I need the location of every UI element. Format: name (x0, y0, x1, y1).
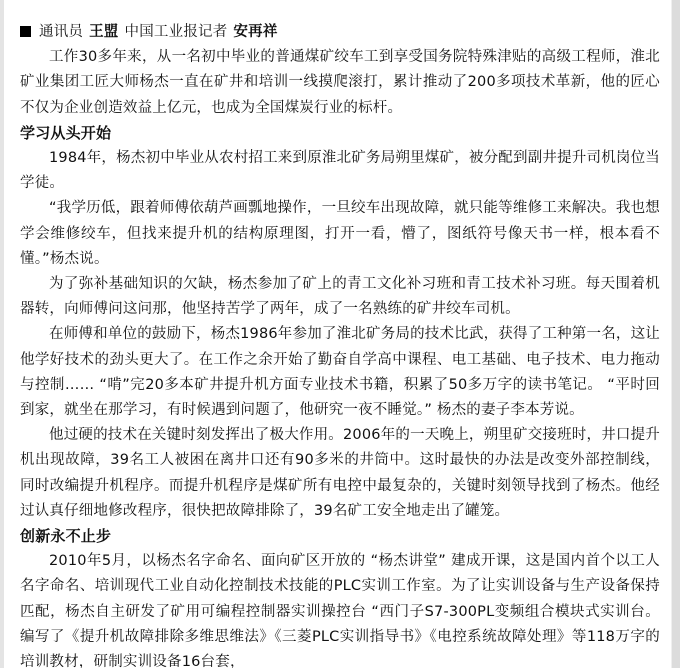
byline-name-reporter: 安再祥 (233, 24, 277, 40)
section-heading-learning: 学习从头开始 (20, 121, 660, 146)
page-left-border (0, 0, 4, 668)
paragraph: 他过硬的技术在关键时刻发挥出了极大作用。2006年的一天晚上，朔里矿交接班时，井… (20, 423, 660, 524)
byline: 通讯员王盟中国工业报记者安再祥 (20, 20, 660, 45)
section-heading-innovation: 创新永不止步 (20, 524, 660, 549)
byline-name-correspondent: 王盟 (89, 24, 118, 40)
intro-paragraph: 工作30多年来，从一名初中毕业的普通煤矿绞车工到享受国务院特殊津贴的高级工程师，… (20, 45, 660, 121)
square-bullet-icon (20, 26, 31, 37)
paragraph: 在师傅和单位的鼓励下，杨杰1986年参加了淮北矿务局的技术比武，获得了工种第一名… (20, 322, 660, 423)
vertical-scrollbar[interactable] (671, 0, 680, 668)
article-body: 通讯员王盟中国工业报记者安再祥 工作30多年来，从一名初中毕业的普通煤矿绞车工到… (20, 20, 660, 668)
paragraph: 2010年5月，以杨杰名字命名、面向矿区开放的 “杨杰讲堂” 建成开课，这是国内… (20, 549, 660, 668)
paragraph: “我学历低，跟着师傅依葫芦画瓢地操作，一旦绞车出现故障，就只能等维修工来解决。我… (20, 196, 660, 272)
byline-role-reporter: 中国工业报记者 (125, 24, 228, 40)
byline-role-correspondent: 通讯员 (39, 24, 83, 40)
paragraph: 为了弥补基础知识的欠缺，杨杰参加了矿上的青工文化补习班和青工技术补习班。每天围着… (20, 272, 660, 322)
paragraph: 1984年，杨杰初中毕业从农村招工来到原淮北矿务局朔里煤矿，被分配到副井提升司机… (20, 146, 660, 196)
